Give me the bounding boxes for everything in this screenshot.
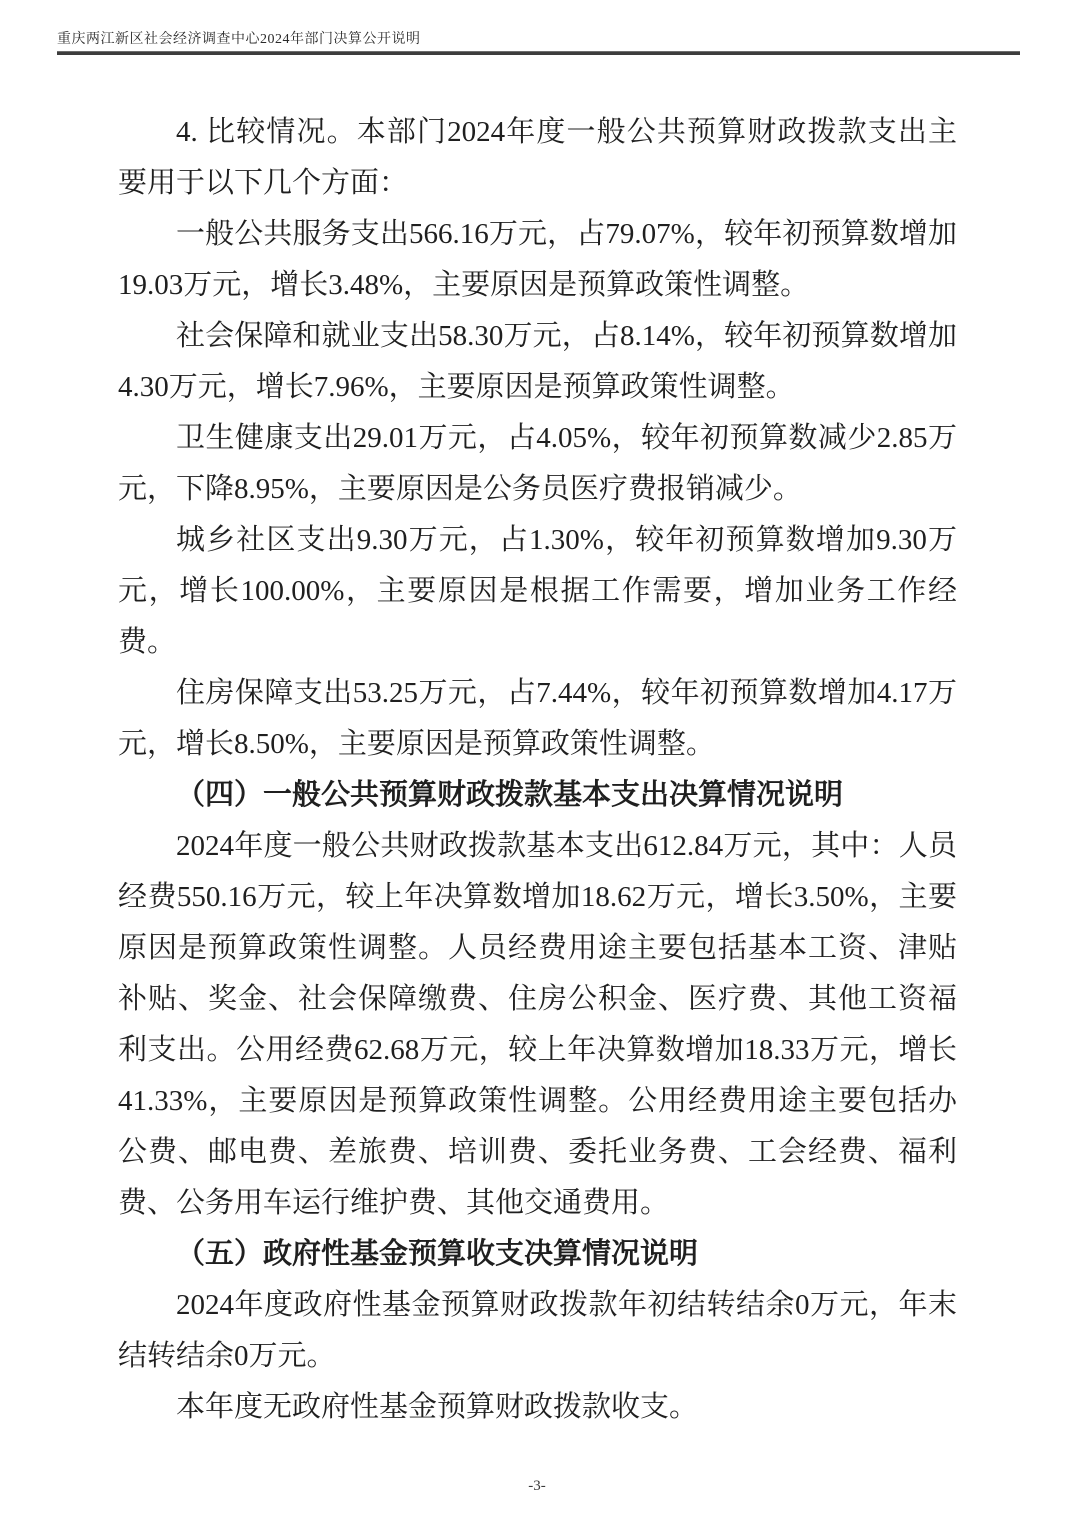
paragraph: 住房保障支出53.25万元，占7.44%，较年初预算数增加4.17万元，增长8.… <box>118 668 957 770</box>
paragraph: 2024年度政府性基金预算财政拨款年初结转结余0万元，年末结转结余0万元。 <box>118 1280 957 1382</box>
paragraph: 本年度无政府性基金预算财政拨款收支。 <box>118 1382 957 1433</box>
paragraph: 2024年度一般公共财政拨款基本支出612.84万元，其中：人员经费550.16… <box>118 821 957 1229</box>
page-number: -3- <box>528 1478 546 1494</box>
document-page: 重庆两江新区社会经济调查中心2024年部门决算公开说明 4. 比较情况。本部门2… <box>0 0 1074 1520</box>
page-footer: -3- <box>0 1478 1074 1495</box>
page-header: 重庆两江新区社会经济调查中心2024年部门决算公开说明 <box>57 31 1020 49</box>
paragraph: 城乡社区支出9.30万元，占1.30%，较年初预算数增加9.30万元，增长100… <box>118 515 957 668</box>
paragraph: 4. 比较情况。本部门2024年度一般公共预算财政拨款支出主要用于以下几个方面： <box>118 107 957 209</box>
header-rule <box>57 51 1020 55</box>
paragraph: 社会保障和就业支出58.30万元，占8.14%，较年初预算数增加4.30万元，增… <box>118 311 957 413</box>
section-heading: （五）政府性基金预算收支决算情况说明 <box>118 1229 957 1280</box>
document-body: 4. 比较情况。本部门2024年度一般公共预算财政拨款支出主要用于以下几个方面：… <box>118 107 957 1433</box>
paragraph: 卫生健康支出29.01万元，占4.05%，较年初预算数减少2.85万元，下降8.… <box>118 413 957 515</box>
paragraph: 一般公共服务支出566.16万元，占79.07%，较年初预算数增加19.03万元… <box>118 209 957 311</box>
section-heading: （四）一般公共预算财政拨款基本支出决算情况说明 <box>118 770 957 821</box>
page-header-title: 重庆两江新区社会经济调查中心2024年部门决算公开说明 <box>57 31 1020 49</box>
